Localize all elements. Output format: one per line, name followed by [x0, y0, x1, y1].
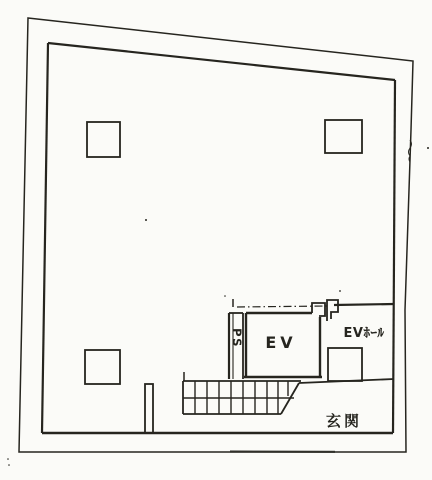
scan-speck [145, 219, 147, 221]
scan-speck [339, 290, 341, 292]
column-ev-hall [328, 348, 362, 381]
column-top-right [325, 120, 362, 153]
wall-right [393, 80, 395, 433]
sheet-border-line [19, 18, 413, 452]
center-line [237, 306, 327, 307]
entrance-label: 玄関 [326, 412, 362, 430]
hall-wall-top [334, 304, 394, 305]
ev-hall-label: EVﾎｰﾙ [344, 326, 385, 341]
entrance-floor-line [299, 379, 394, 383]
scan-speck [427, 147, 429, 149]
scan-artifacts [7, 147, 429, 466]
scanned-floor-plan-page: { "plan": { "labels": { "elevator": "EV"… [0, 0, 432, 480]
elevator-hall: EVﾎｰﾙ [344, 326, 385, 341]
wall-top [48, 43, 395, 80]
building-outline [42, 43, 395, 433]
pipe-shaft: PS [229, 299, 244, 379]
stair-side-wall [145, 384, 153, 433]
pipe-shaft-label: PS [230, 328, 244, 348]
scan-speck [8, 464, 10, 466]
column-mid-left [85, 350, 120, 384]
column-top-left [87, 122, 120, 157]
wall-left [42, 43, 48, 433]
elevator-label: EV [265, 333, 296, 352]
scan-speck [7, 458, 9, 460]
floor-plan-drawing: EV PS EVﾎｰﾙ [0, 0, 432, 480]
hall-door-jamb [327, 300, 338, 321]
entrance-area: 玄関 [299, 379, 394, 430]
elevator-room: EV [244, 303, 325, 377]
staircase [145, 372, 301, 433]
scan-speck [224, 295, 226, 297]
sheet-border [19, 18, 413, 452]
ev-door-jamb [312, 303, 325, 316]
